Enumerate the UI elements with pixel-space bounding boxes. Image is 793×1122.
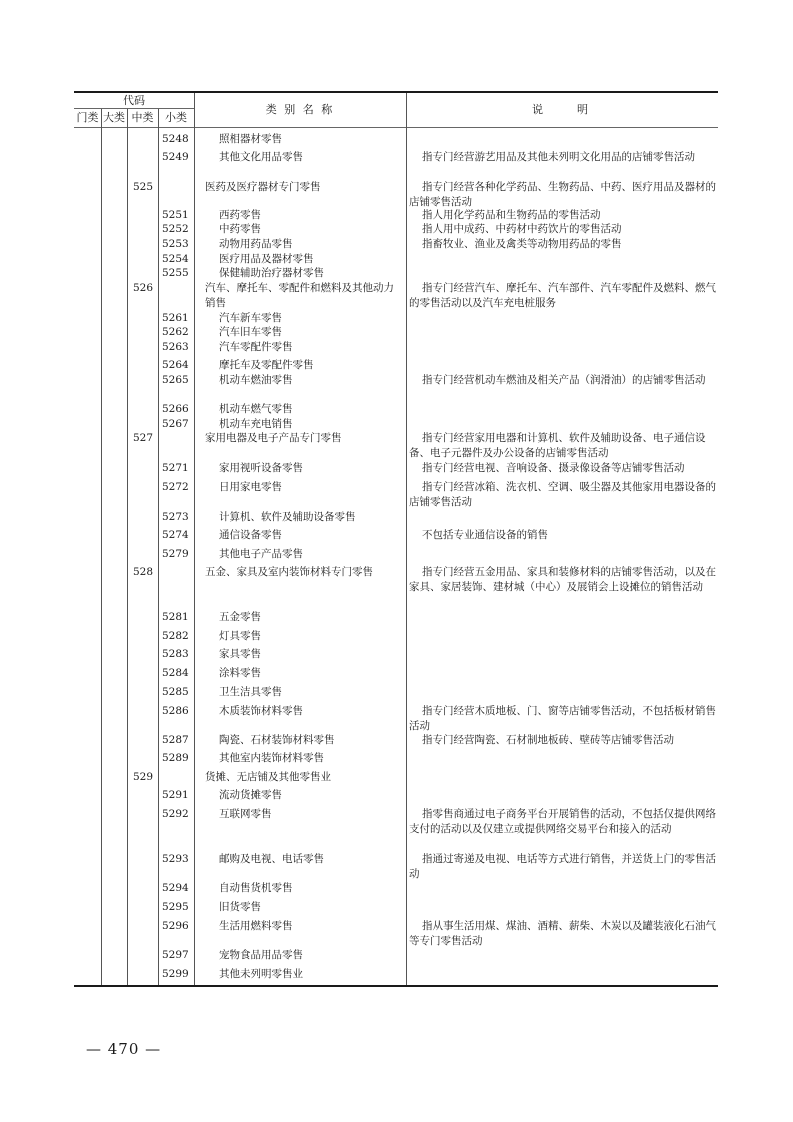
small-class-code: 5251 — [162, 208, 192, 223]
category-name: 互联网零售 — [219, 807, 414, 822]
category-description: 指专门经营五金用品、家具和装修材料的店铺零售活动，以及在家具、家居装饰、建材城（… — [409, 565, 717, 594]
small-class-code: 5264 — [162, 358, 192, 373]
category-description: 指专门经营冰箱、洗衣机、空调、吸尘器及其他家用电器设备的店铺零售活动 — [409, 480, 717, 509]
header-da: 大类 — [101, 111, 127, 125]
document-page: 代码 门类 大类 中类 小类 类 别 名 称 说 明 5248照相器材零售524… — [0, 0, 793, 1122]
category-description: 指畜牧业、渔业及禽类等动物用药品的零售 — [409, 237, 717, 252]
category-description: 指专门经营机动车燃油及相关产品（润滑油）的店铺零售活动 — [409, 373, 717, 388]
small-class-code: 5272 — [162, 480, 192, 495]
category-description: 指专门经营游艺用品及其他未列明文化用品的店铺零售活动 — [409, 150, 717, 165]
small-class-code: 5295 — [162, 900, 192, 915]
small-class-code: 5283 — [162, 647, 192, 662]
small-class-code: 5252 — [162, 222, 192, 237]
small-class-code: 5299 — [162, 967, 192, 982]
mid-class-code: 527 — [130, 431, 156, 446]
col-divider-code-name — [194, 93, 195, 985]
small-class-code: 5284 — [162, 666, 192, 681]
category-name: 保健辅助治疗器材零售 — [219, 266, 414, 281]
category-name: 日用家电零售 — [219, 480, 414, 495]
header-zhong: 中类 — [127, 111, 158, 125]
category-name: 邮购及电视、电话零售 — [219, 852, 414, 867]
mid-class-code: 528 — [130, 565, 156, 580]
category-name: 卫生洁具零售 — [219, 685, 414, 700]
code-header-divider — [74, 108, 195, 109]
table-top-rule — [74, 91, 718, 93]
header-bottom-rule — [74, 127, 718, 128]
category-description: 指专门经营陶瓷、石材制地板砖、壁砖等店铺零售活动 — [409, 733, 717, 748]
category-name: 流动货摊零售 — [219, 788, 414, 803]
category-name: 医疗用品及器材零售 — [219, 252, 414, 267]
category-description: 指通过寄递及电视、电话等方式进行销售，并送货上门的零售活动 — [409, 852, 717, 881]
mid-class-code: 525 — [130, 180, 156, 195]
small-class-code: 5253 — [162, 237, 192, 252]
small-class-code: 5265 — [162, 373, 192, 388]
category-description: 指专门经营各种化学药品、生物药品、中药、医疗用品及器材的店铺零售活动 — [409, 180, 717, 209]
small-class-code: 5282 — [162, 629, 192, 644]
category-name: 家用电器及电子产品专门零售 — [205, 431, 400, 446]
category-name: 汽车、摩托车、零配件和燃料及其他动力销售 — [205, 281, 400, 310]
small-class-code: 5262 — [162, 325, 192, 340]
table-bottom-rule — [74, 985, 718, 987]
small-class-code: 5266 — [162, 402, 192, 417]
category-name: 陶瓷、石材装饰材料零售 — [219, 733, 414, 748]
mid-class-code: 529 — [130, 770, 156, 785]
category-name: 计算机、软件及辅助设备零售 — [219, 510, 414, 525]
category-name: 旧货零售 — [219, 900, 414, 915]
small-class-code: 5296 — [162, 919, 192, 934]
small-class-code: 5293 — [162, 852, 192, 867]
small-class-code: 5263 — [162, 340, 192, 355]
col-divider-men-da — [101, 109, 102, 985]
category-name: 木质装饰材料零售 — [219, 704, 414, 719]
category-name: 灯具零售 — [219, 629, 414, 644]
small-class-code: 5254 — [162, 252, 192, 267]
category-name: 其他未列明零售业 — [219, 967, 414, 982]
category-description: 指专门经营汽车、摩托车、汽车部件、汽车零配件及燃料、燃气的零售活动以及汽车充电桩… — [409, 281, 717, 310]
category-name: 照相器材零售 — [219, 132, 414, 147]
header-xiao: 小类 — [158, 111, 194, 125]
mid-class-code: 526 — [130, 281, 156, 296]
category-name: 机动车燃油零售 — [219, 373, 414, 388]
small-class-code: 5248 — [162, 132, 192, 147]
category-name: 生活用燃料零售 — [219, 919, 414, 934]
category-name: 家用视听设备零售 — [219, 461, 414, 476]
small-class-code: 5279 — [162, 547, 192, 562]
header-code-group: 代码 — [74, 94, 194, 108]
category-description: 指专门经营木质地板、门、窗等店铺零售活动，不包括板材销售活动 — [409, 704, 717, 733]
small-class-code: 5294 — [162, 881, 192, 896]
category-name: 机动车充电销售 — [219, 417, 414, 432]
category-name: 西药零售 — [219, 208, 414, 223]
category-name: 机动车燃气零售 — [219, 402, 414, 417]
col-divider-zhong-xiao — [158, 109, 159, 985]
header-men: 门类 — [74, 111, 101, 125]
small-class-code: 5297 — [162, 948, 192, 963]
category-description: 指专门经营电视、音响设备、摄录像设备等店铺零售活动 — [409, 461, 717, 476]
category-name: 汽车零配件零售 — [219, 340, 414, 355]
small-class-code: 5267 — [162, 417, 192, 432]
category-name: 通信设备零售 — [219, 528, 414, 543]
category-description: 不包括专业通信设备的销售 — [409, 528, 717, 543]
category-name: 自动售货机零售 — [219, 881, 414, 896]
header-name: 类 别 名 称 — [194, 103, 406, 117]
small-class-code: 5281 — [162, 610, 192, 625]
category-description: 指专门经营家用电器和计算机、软件及辅助设备、电子通信设备、电子元器件及办公设备的… — [409, 431, 717, 460]
category-name: 医药及医疗器材专门零售 — [205, 180, 400, 195]
col-divider-da-zhong — [127, 109, 128, 985]
category-name: 汽车旧车零售 — [219, 325, 414, 340]
category-name: 宠物食品用品零售 — [219, 948, 414, 963]
category-description: 指零售商通过电子商务平台开展销售的活动，不包括仅提供网络支付的活动以及仅建立或提… — [409, 807, 717, 836]
category-name: 五金零售 — [219, 610, 414, 625]
category-name: 其他文化用品零售 — [219, 150, 414, 165]
category-description: 指人用中成药、中药材中药饮片的零售活动 — [409, 222, 717, 237]
category-name: 摩托车及零配件零售 — [219, 358, 414, 373]
category-name: 汽车新车零售 — [219, 311, 414, 326]
category-name: 涂料零售 — [219, 666, 414, 681]
category-name: 其他电子产品零售 — [219, 547, 414, 562]
category-name: 中药零售 — [219, 222, 414, 237]
category-name: 货摊、无店铺及其他零售业 — [205, 770, 400, 785]
page-number: — 470 — — [86, 1040, 161, 1058]
small-class-code: 5261 — [162, 311, 192, 326]
category-description: 指人用化学药品和生物药品的零售活动 — [409, 208, 717, 223]
header-desc: 说 明 — [406, 103, 718, 117]
small-class-code: 5273 — [162, 510, 192, 525]
category-name: 其他室内装饰材料零售 — [219, 751, 414, 766]
small-class-code: 5289 — [162, 751, 192, 766]
small-class-code: 5255 — [162, 266, 192, 281]
small-class-code: 5271 — [162, 461, 192, 476]
category-name: 动物用药品零售 — [219, 237, 414, 252]
small-class-code: 5286 — [162, 704, 192, 719]
small-class-code: 5292 — [162, 807, 192, 822]
small-class-code: 5249 — [162, 150, 192, 165]
small-class-code: 5285 — [162, 685, 192, 700]
category-name: 家具零售 — [219, 647, 414, 662]
small-class-code: 5287 — [162, 733, 192, 748]
category-name: 五金、家具及室内装饰材料专门零售 — [205, 565, 400, 580]
small-class-code: 5291 — [162, 788, 192, 803]
small-class-code: 5274 — [162, 528, 192, 543]
category-description: 指从事生活用煤、煤油、酒精、薪柴、木炭以及罐装液化石油气等专门零售活动 — [409, 919, 717, 948]
